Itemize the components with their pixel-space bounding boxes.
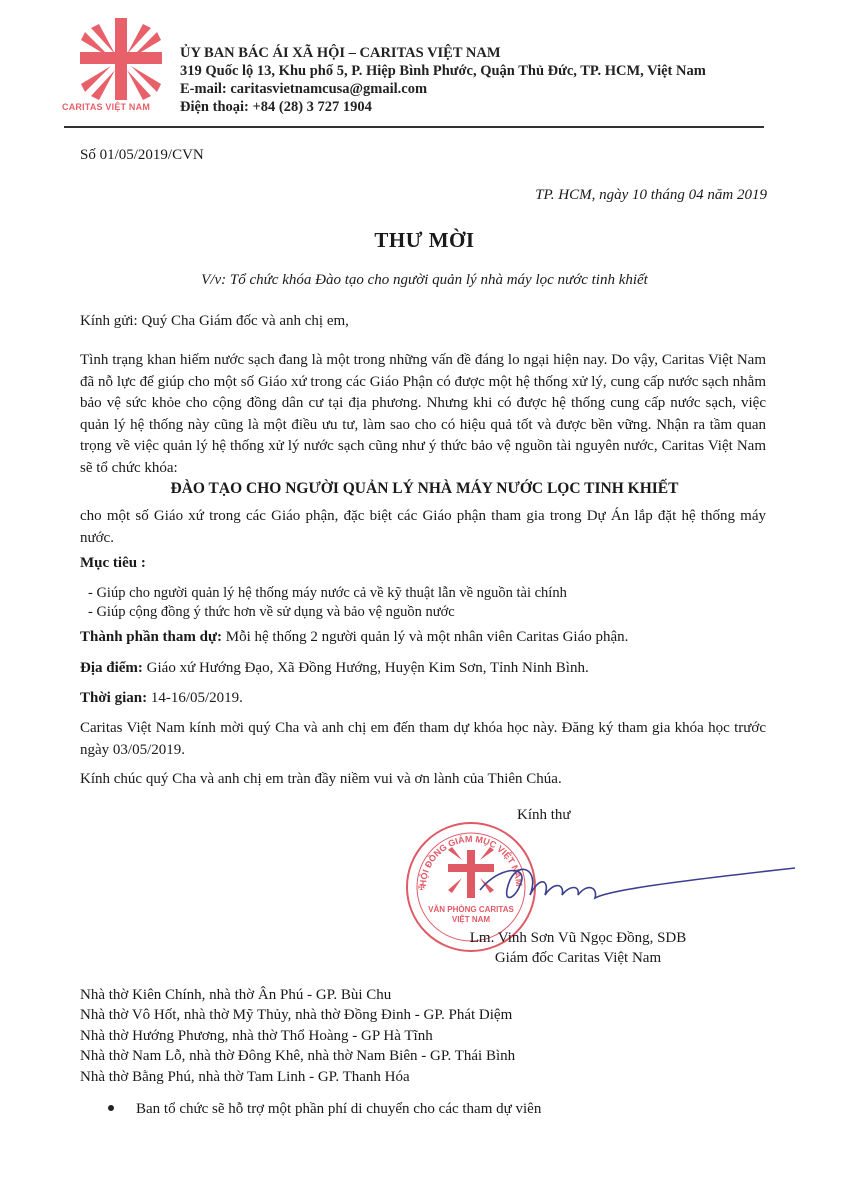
- document-subject: V/v: Tổ chức khóa Đào tạo cho người quản…: [0, 272, 849, 289]
- church-list: Nhà thờ Kiên Chính, nhà thờ Ân Phú - GP.…: [80, 985, 515, 1087]
- participants-field: Thành phần tham dự: Mỗi hệ thống 2 người…: [80, 629, 628, 646]
- signer-block: Lm. Vinh Sơn Vũ Ngọc Đồng, SDB Giám đốc …: [448, 928, 708, 968]
- goals-label: Mục tiêu :: [80, 555, 146, 572]
- goal-item: - Giúp cho người quản lý hệ thống máy nư…: [88, 584, 567, 603]
- document-title: THƯ MỜI: [0, 228, 849, 253]
- blessing-paragraph: Kính chúc quý Cha và anh chị em tràn đầy…: [80, 769, 766, 791]
- participants-label: Thành phần tham dự:: [80, 629, 222, 645]
- participants-value: Mỗi hệ thống 2 người quản lý và một nhân…: [222, 629, 628, 645]
- time-label: Thời gian:: [80, 690, 147, 706]
- signer-name: Lm. Vinh Sơn Vũ Ngọc Đồng, SDB: [448, 928, 708, 948]
- invitation-paragraph: Caritas Việt Nam kính mời quý Cha và anh…: [80, 718, 766, 761]
- bullet-icon: [108, 1105, 114, 1111]
- time-value: 14-16/05/2019.: [147, 690, 243, 706]
- goals-list: - Giúp cho người quản lý hệ thống máy nư…: [88, 584, 567, 622]
- org-email: E-mail: caritasvietnamcusa@gmail.com: [180, 80, 706, 98]
- location-label: Địa điểm:: [80, 660, 143, 676]
- church-item: Nhà thờ Vô Hốt, nhà thờ Mỹ Thủy, nhà thờ…: [80, 1005, 515, 1025]
- support-note: Ban tổ chức sẽ hỗ trợ một phần phí di ch…: [108, 1101, 541, 1118]
- header-divider: [64, 126, 764, 128]
- letterhead: ỦY BAN BÁC ÁI XÃ HỘI – CARITAS VIỆT NAM …: [180, 44, 706, 116]
- intro-paragraph: Tình trạng khan hiếm nước sạch đang là m…: [80, 350, 766, 479]
- org-address: 319 Quốc lộ 13, Khu phố 5, P. Hiệp Bình …: [180, 62, 706, 80]
- time-field: Thời gian: 14-16/05/2019.: [80, 690, 243, 707]
- document-number: Số 01/05/2019/CVN: [80, 147, 204, 164]
- location-value: Giáo xứ Hướng Đạo, Xã Đồng Hướng, Huyện …: [143, 660, 589, 676]
- signer-title: Giám đốc Caritas Việt Nam: [448, 948, 708, 968]
- course-title: ĐÀO TẠO CHO NGƯỜI QUẢN LÝ NHÀ MÁY NƯỚC L…: [0, 480, 849, 498]
- church-item: Nhà thờ Kiên Chính, nhà thờ Ân Phú - GP.…: [80, 985, 515, 1005]
- goal-item: - Giúp cộng đồng ý thức hơn về sử dụng v…: [88, 603, 567, 622]
- org-phone: Điện thoại: +84 (28) 3 727 1904: [180, 98, 706, 116]
- greeting: Kính gửi: Quý Cha Giám đốc và anh chị em…: [80, 313, 349, 330]
- svg-text:✠: ✠: [418, 883, 425, 892]
- support-note-text: Ban tổ chức sẽ hỗ trợ một phần phí di ch…: [136, 1101, 541, 1117]
- place-date: TP. HCM, ngày 10 tháng 04 năm 2019: [535, 187, 767, 204]
- logo-caption: CARITAS VIỆT NAM: [62, 102, 180, 112]
- church-item: Nhà thờ Bằng Phú, nhà thờ Tam Linh - GP.…: [80, 1067, 515, 1087]
- signature-icon: [470, 860, 800, 910]
- org-name: ỦY BAN BÁC ÁI XÃ HỘI – CARITAS VIỆT NAM: [180, 44, 706, 62]
- location-field: Địa điểm: Giáo xứ Hướng Đạo, Xã Đồng Hướ…: [80, 660, 589, 677]
- church-item: Nhà thờ Hướng Phương, nhà thờ Thổ Hoàng …: [80, 1026, 515, 1046]
- church-item: Nhà thờ Nam Lỗ, nhà thờ Đông Khê, nhà th…: [80, 1046, 515, 1066]
- svg-text:VIỆT NAM: VIỆT NAM: [452, 915, 491, 924]
- course-paragraph: cho một số Giáo xứ trong các Giáo phận, …: [80, 506, 766, 549]
